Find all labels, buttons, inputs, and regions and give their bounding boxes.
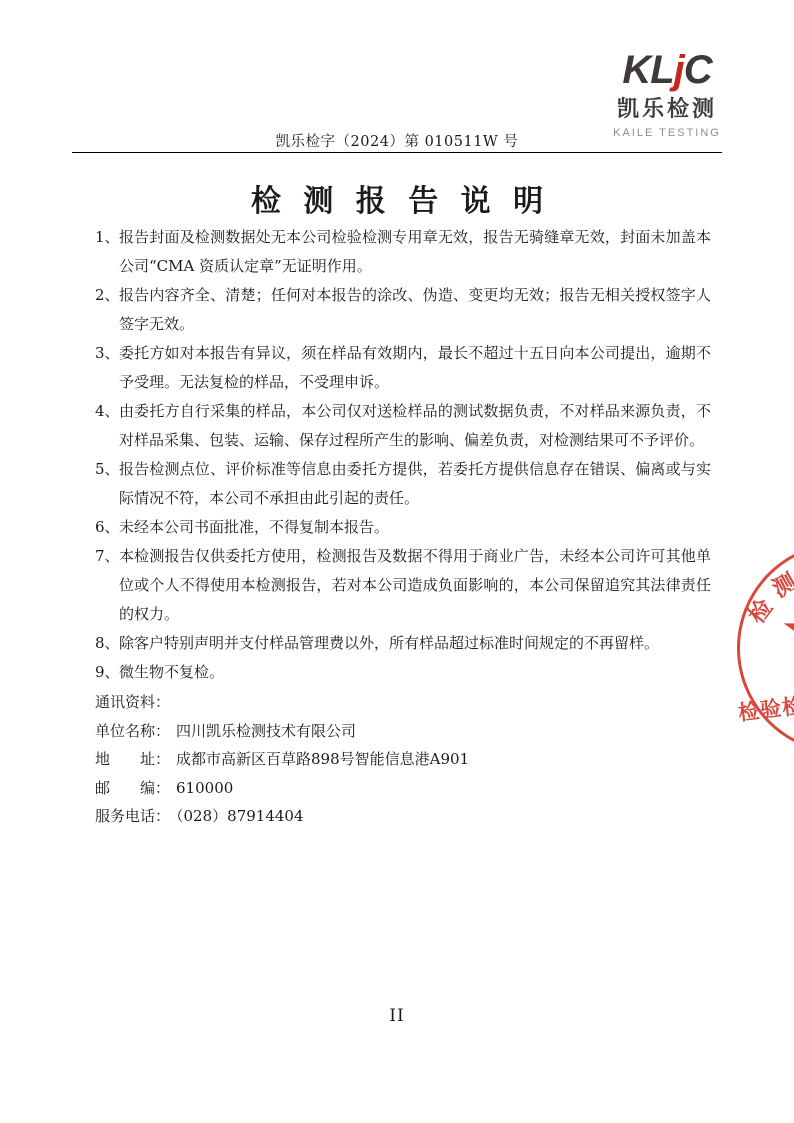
note-number: 5、 [95,455,119,513]
note-text: 本检测报告仅供委托方使用，检测报告及数据不得用于商业广告，未经本公司许可其他单位… [119,542,711,629]
page-number: II [0,1006,794,1026]
contact-value: 成都市高新区百草路898号智能信息港A901 [176,750,469,768]
note-number: 8、 [95,629,119,658]
contact-row: 服务电话：（028）87914404 [95,802,711,831]
contact-row: 邮 编：610000 [95,774,711,803]
note-text: 委托方如对本报告有异议，须在样品有效期内，最长不超过十五日向本公司提出，逾期不予… [119,339,711,397]
contact-heading: 通讯资料： [95,688,711,717]
note-text: 未经本公司书面批准，不得复制本报告。 [119,513,711,542]
logo-letter-c: C [684,48,712,92]
note-item: 6、未经本公司书面批准，不得复制本报告。 [95,513,711,542]
contact-label: 服务电话： [95,807,170,825]
logo-letters-kl: KL [622,48,673,92]
contact-value: （028）87914404 [176,807,303,825]
notes-list: 1、报告封面及检测数据处无本公司检验检测专用章无效，报告无骑缝章无效，封面未加盖… [95,223,711,687]
note-item: 2、报告内容齐全、清楚；任何对本报告的涂改、伪造、变更均无效；报告无相关授权签字… [95,281,711,339]
logo-wordmark: KLjC [598,50,736,90]
contact-row: 单位名称：四川凯乐检测技术有限公司 [95,717,711,746]
note-number: 2、 [95,281,119,339]
note-number: 3、 [95,339,119,397]
note-text: 微生物不复检。 [119,658,711,687]
note-item: 7、本检测报告仅供委托方使用，检测报告及数据不得用于商业广告，未经本公司许可其他… [95,542,711,629]
header-divider [72,152,722,153]
company-logo: KLjC 凯乐检测 KAILE TESTING [598,50,736,139]
note-item: 1、报告封面及检测数据处无本公司检验检测专用章无效，报告无骑缝章无效，封面未加盖… [95,223,711,281]
note-text: 报告封面及检测数据处无本公司检验检测专用章无效，报告无骑缝章无效，封面未加盖本公… [119,223,711,281]
note-text: 由委托方自行采集的样品，本公司仅对送检样品的测试数据负责，不对样品来源负责，不对… [119,397,711,455]
note-item: 8、除客户特别声明并支付样品管理费以外，所有样品超过标准时间规定的不再留样。 [95,629,711,658]
contact-value: 四川凯乐检测技术有限公司 [176,722,356,740]
note-number: 4、 [95,397,119,455]
report-page: KLjC 凯乐检测 KAILE TESTING 凯乐检字（2024）第 0105… [0,0,794,1123]
contact-label: 单位名称： [95,722,170,740]
contact-rows: 单位名称：四川凯乐检测技术有限公司地 址：成都市高新区百草路898号智能信息港A… [95,717,711,831]
contact-info-section: 通讯资料： 单位名称：四川凯乐检测技术有限公司地 址：成都市高新区百草路898号… [95,688,711,831]
logo-chinese-name: 凯乐检测 [598,92,736,123]
note-item: 9、微生物不复检。 [95,658,711,687]
page-title: 检 测 报 告 说 明 [0,176,794,220]
note-text: 除客户特别声明并支付样品管理费以外，所有样品超过标准时间规定的不再留样。 [119,629,711,658]
note-text: 报告检测点位、评价标准等信息由委托方提供，若委托方提供信息存在错误、偏离或与实际… [119,455,711,513]
note-item: 4、由委托方自行采集的样品，本公司仅对送检样品的测试数据负责，不对样品来源负责，… [95,397,711,455]
document-number: 凯乐检字（2024）第 010511W 号 [0,130,794,151]
contact-value: 610000 [176,779,233,797]
logo-letter-j: j [674,48,684,92]
company-seal-stamp: 检 测 ★ 检验检测 [737,542,794,762]
note-number: 1、 [95,223,119,281]
note-text: 报告内容齐全、清楚；任何对本报告的涂改、伪造、变更均无效；报告无相关授权签字人签… [119,281,711,339]
note-number: 9、 [95,658,119,687]
contact-row: 地 址：成都市高新区百草路898号智能信息港A901 [95,745,711,774]
report-notes-section: 1、报告封面及检测数据处无本公司检验检测专用章无效，报告无骑缝章无效，封面未加盖… [95,223,711,831]
note-item: 5、报告检测点位、评价标准等信息由委托方提供，若委托方提供信息存在错误、偏离或与… [95,455,711,513]
contact-label: 邮 编： [95,779,170,797]
note-item: 3、委托方如对本报告有异议，须在样品有效期内，最长不超过十五日向本公司提出，逾期… [95,339,711,397]
contact-label: 地 址： [95,750,170,768]
note-number: 7、 [95,542,119,629]
note-number: 6、 [95,513,119,542]
